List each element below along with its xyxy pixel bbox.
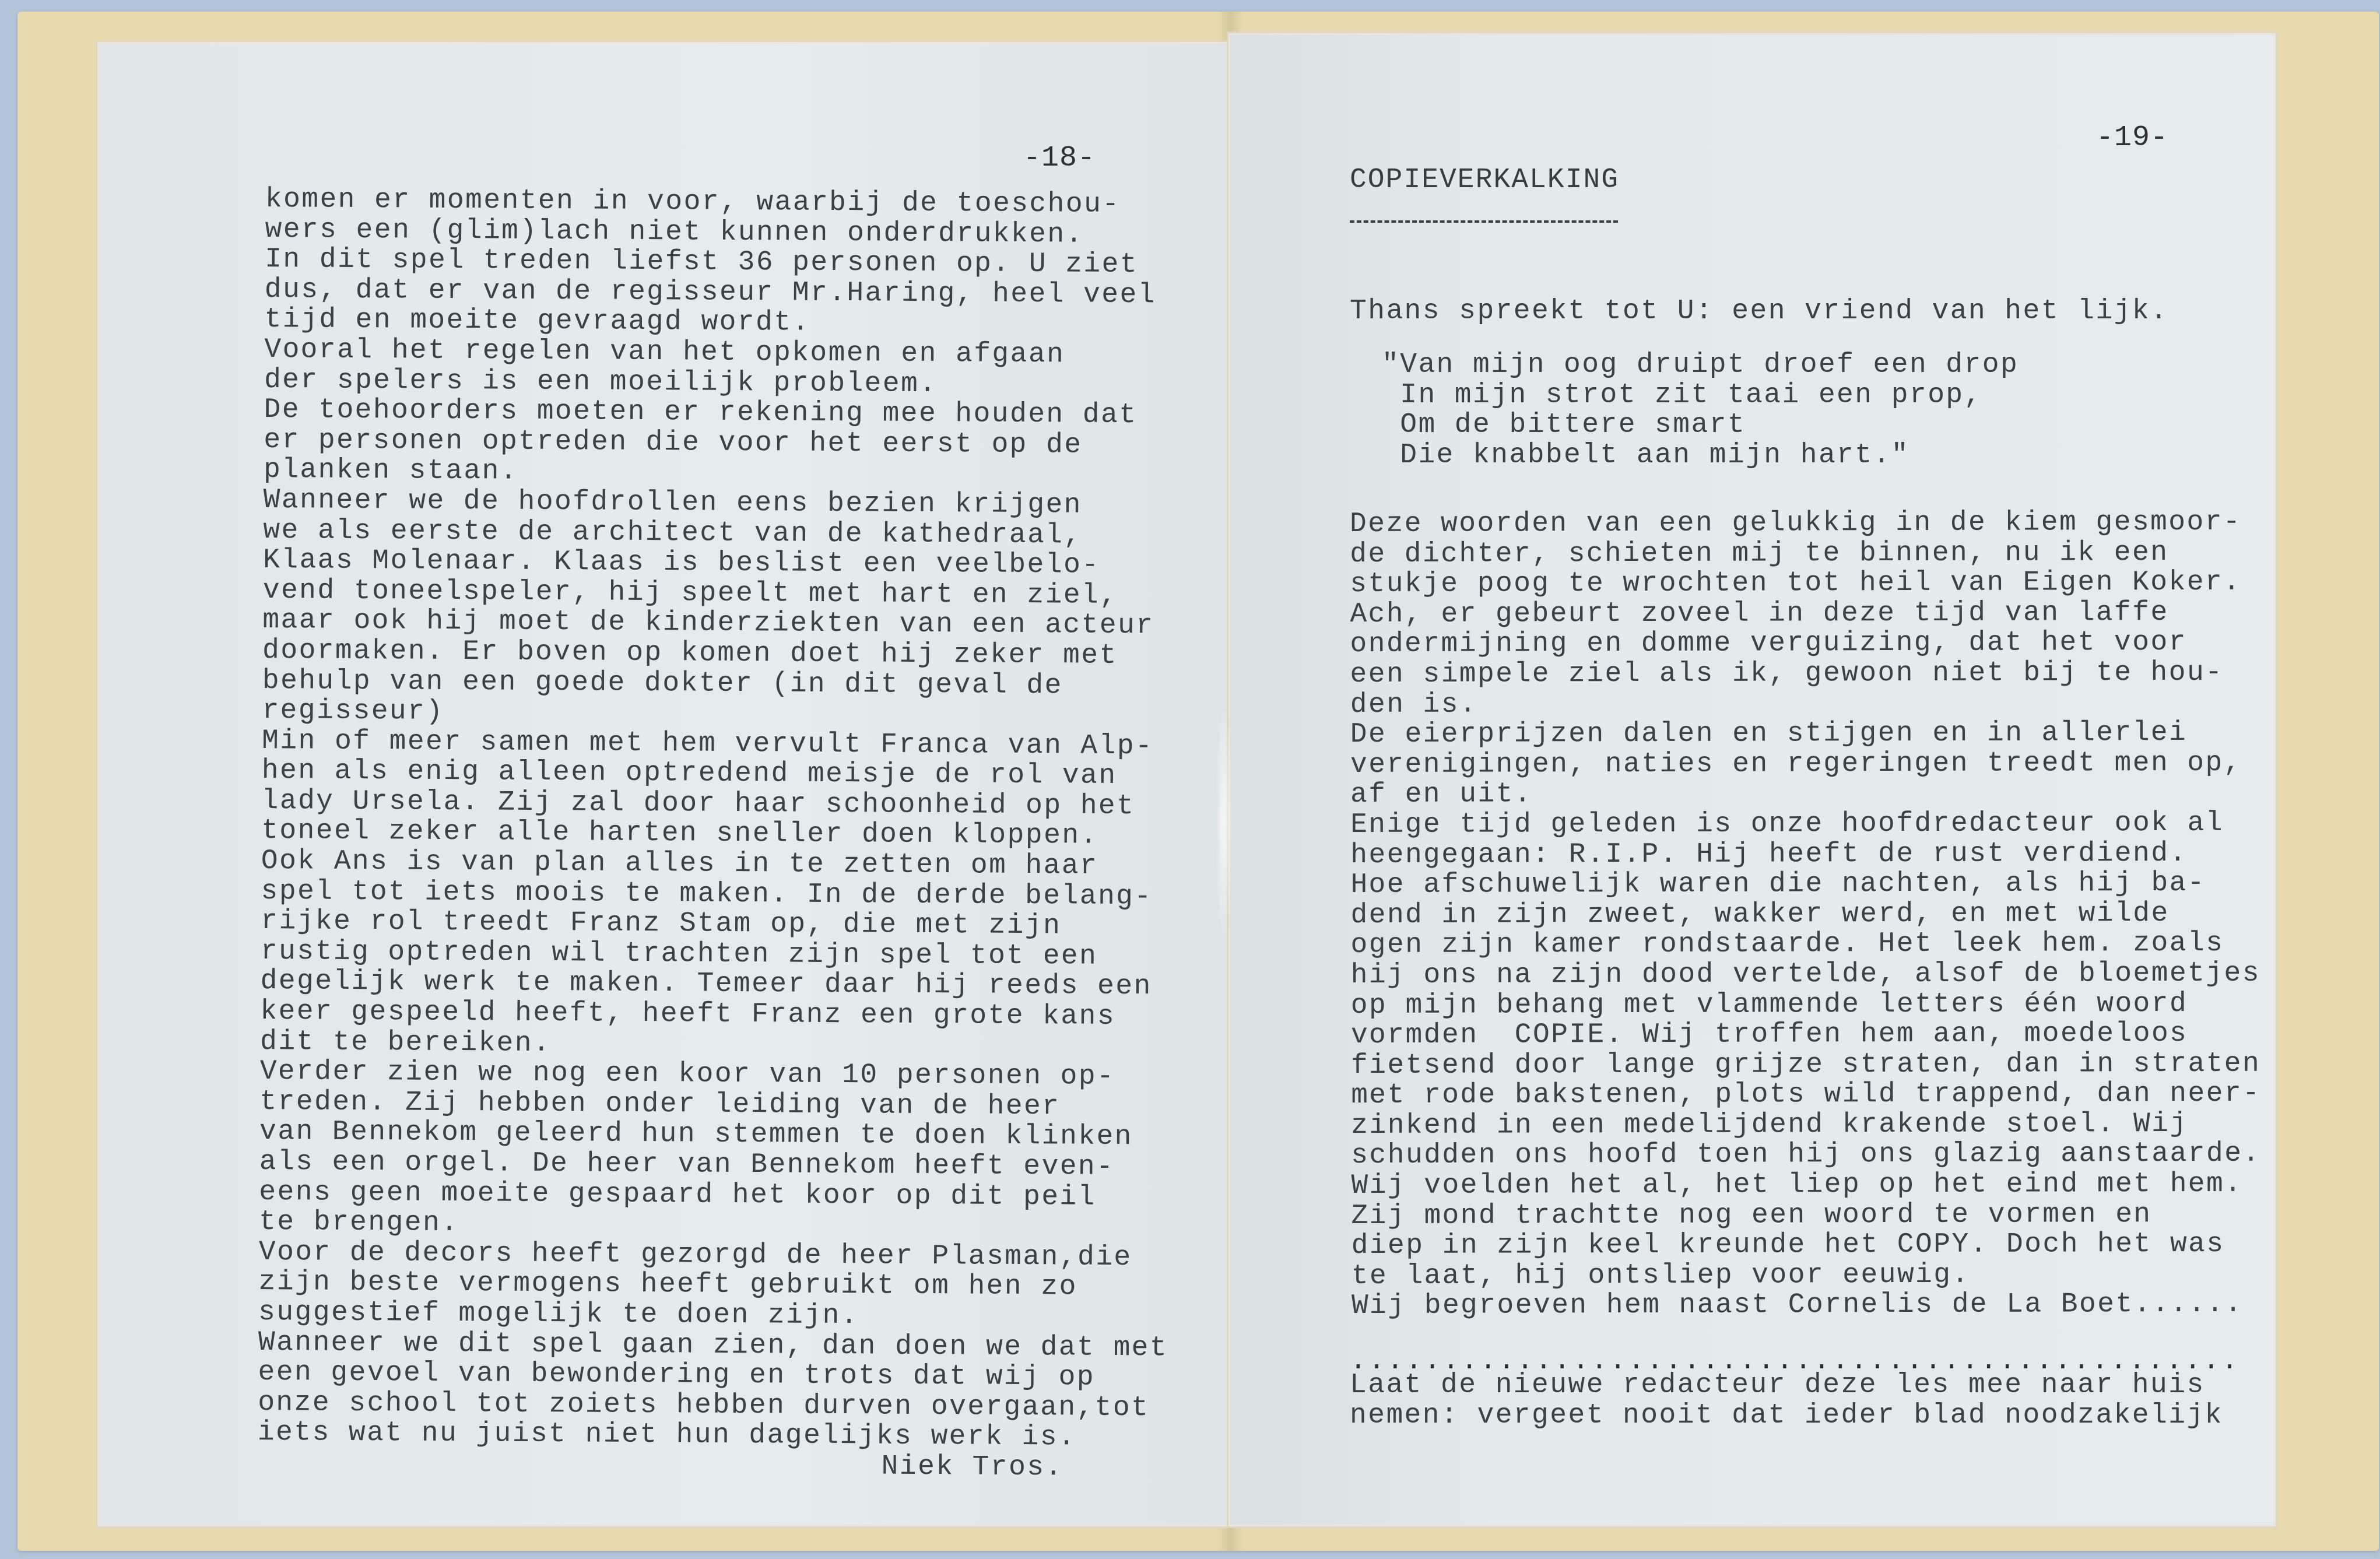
text-line: heengegaan: R.I.P. Hij heeft de rust ver… bbox=[1350, 838, 2260, 870]
page-crease bbox=[1216, 700, 1232, 944]
text-line: fietsend door lange grijze straten, dan … bbox=[1351, 1048, 2260, 1080]
left-page: -18- komen er momenten in voor, waarbij … bbox=[99, 44, 1228, 1525]
text-line: Ach, er gebeurt zoveel in deze tijd van … bbox=[1350, 598, 2259, 630]
text-line: Hoe afschuwelijk waren die nachten, als … bbox=[1350, 868, 2260, 900]
page-number: -18- bbox=[1023, 142, 1096, 175]
author-signature: Niek Tros. bbox=[257, 1448, 1167, 1484]
text-line: verenigingen, naties en regeringen treed… bbox=[1350, 747, 2260, 779]
text-line: Zij mond trachtte nog een woord te vorme… bbox=[1351, 1199, 2260, 1231]
text-line: hij ons na zijn dood vertelde, alsof de … bbox=[1351, 958, 2260, 991]
text-line: vormden COPIE. Wij troffen hem aan, moed… bbox=[1351, 1019, 2260, 1051]
text-line: den is. bbox=[1350, 687, 2260, 719]
text-line: diep in zijn keel kreunde het COPY. Doch… bbox=[1352, 1229, 2261, 1261]
text-line: te laat, hij ontsliep voor eeuwig. bbox=[1352, 1259, 2261, 1291]
heading-underline bbox=[1350, 220, 1618, 223]
text-line: nemen: vergeet nooit dat ieder blad nood… bbox=[1350, 1400, 2223, 1431]
closing-paragraph: Laat de nieuwe redacteur deze les mee na… bbox=[1350, 1370, 2223, 1430]
article-heading: COPIEVERKALKING bbox=[1350, 164, 1619, 196]
text-line: met rode bakstenen, plots wild trappend,… bbox=[1351, 1079, 2260, 1111]
text-line: schudden ons hoofd toen hij ons glazig a… bbox=[1351, 1139, 2260, 1171]
text-line: af en uit. bbox=[1350, 778, 2260, 810]
text-line: zinkend in een medelijdend krakende stoe… bbox=[1351, 1109, 2260, 1141]
text-line: op mijn behang met vlammende letters één… bbox=[1351, 988, 2260, 1020]
article-intro: Thans spreekt tot U: een vriend van het … bbox=[1350, 296, 2168, 327]
text-line: ogen zijn kamer rondstaarde. Het leek he… bbox=[1351, 928, 2260, 960]
text-line: Laat de nieuwe redacteur deze les mee na… bbox=[1350, 1370, 2223, 1400]
text-line: een simpele ziel als ik, gewoon niet bij… bbox=[1350, 658, 2260, 690]
right-page: -19- COPIEVERKALKING Thans spreekt tot U… bbox=[1230, 35, 2274, 1525]
poem-quote: "Van mijn oog druipt droef een drop In m… bbox=[1382, 350, 2019, 470]
text-line: Wij voelden het al, het liep op het eind… bbox=[1351, 1169, 2260, 1201]
text-line: In mijn strot zit taai een prop, bbox=[1382, 380, 2019, 410]
text-line: Wij begroeven hem naast Cornelis de La B… bbox=[1352, 1289, 2261, 1321]
text-line: stukje poog te wrochten tot heil van Eig… bbox=[1350, 567, 2259, 599]
text-line: dend in zijn zweet, wakker werd, en met … bbox=[1350, 898, 2260, 930]
page-number: -19- bbox=[2096, 121, 2168, 155]
text-line: Enige tijd geleden is onze hoofdredacteu… bbox=[1350, 808, 2260, 840]
article-body: Deze woorden van een gelukkig in de kiem… bbox=[1350, 507, 2261, 1321]
text-line: ondermijning en domme verguizing, dat he… bbox=[1350, 627, 2259, 659]
text-line: "Van mijn oog druipt droef een drop bbox=[1382, 350, 2019, 380]
text-line: Die knabbelt aan mijn hart." bbox=[1382, 440, 2019, 470]
text-line: Deze woorden van een gelukkig in de kiem… bbox=[1350, 507, 2259, 539]
text-line: de dichter, schieten mij te binnen, nu i… bbox=[1350, 537, 2259, 569]
text-line: Om de bittere smart bbox=[1382, 410, 2019, 440]
text-line: De eierprijzen dalen en stijgen en in al… bbox=[1350, 718, 2260, 750]
text-line: iets wat nu juist niet hun dagelijks wer… bbox=[258, 1418, 1168, 1453]
article-body: komen er momenten in voor, waarbij de to… bbox=[257, 185, 1175, 1484]
